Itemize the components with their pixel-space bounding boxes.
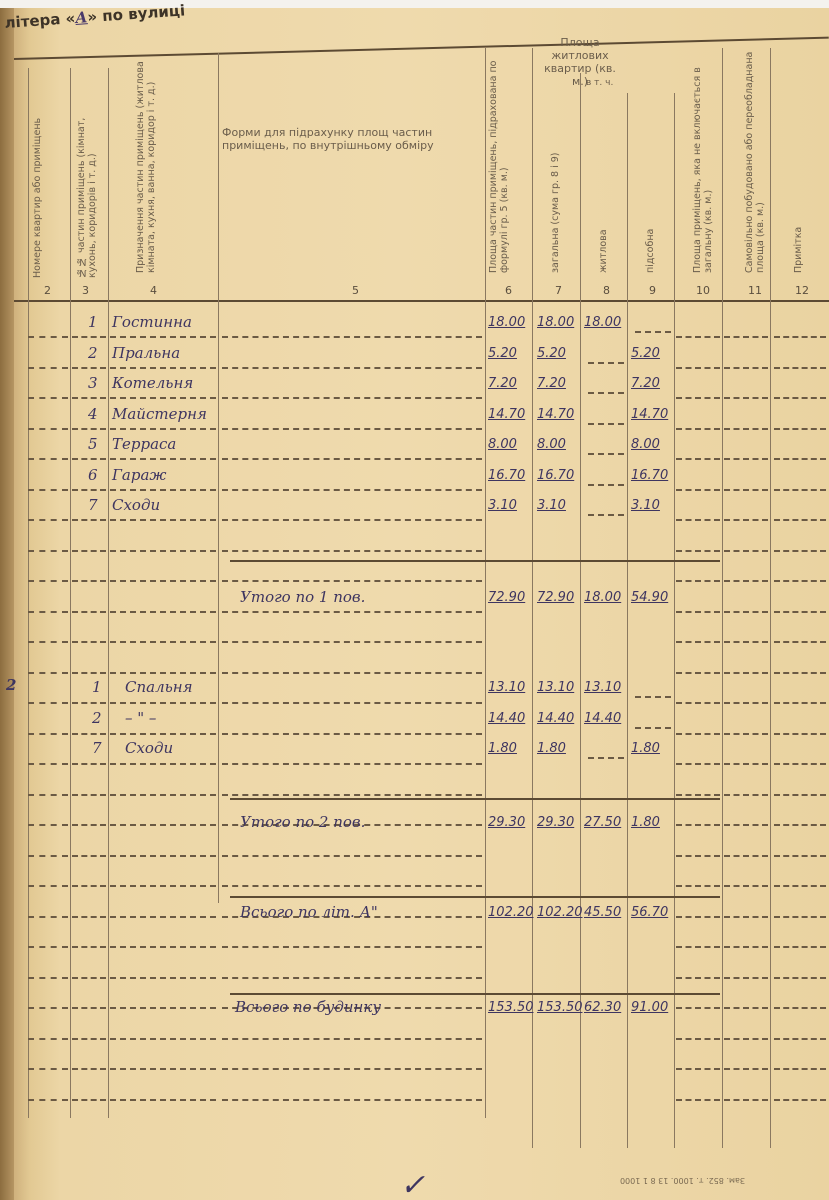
dashed-rule (222, 489, 482, 491)
dashed-rule (222, 672, 482, 674)
dashed-rule (28, 824, 68, 826)
dashed-rule (222, 977, 482, 979)
cell-c7: 14.40 (537, 711, 574, 726)
cell-c6: 8.00 (488, 437, 517, 452)
dashed-rule (724, 733, 768, 735)
dashed-rule (28, 519, 68, 521)
dashed-rule (676, 824, 720, 826)
dashed-rule (72, 885, 106, 887)
dashed-rule (676, 977, 720, 979)
dashed-rule (110, 916, 216, 918)
dashed-rule (635, 696, 671, 698)
dashed-rule (110, 336, 216, 338)
grid-line (28, 68, 29, 1118)
dashed-rule (72, 1068, 106, 1070)
cell-c7: 102.20 (537, 905, 583, 920)
dashed-rule (222, 885, 482, 887)
dashed-rule (110, 1038, 216, 1040)
dashed-rule (28, 794, 68, 796)
dashed-rule (588, 423, 624, 425)
group-header-sub: в т. ч. (586, 78, 613, 89)
dashed-rule (774, 489, 826, 491)
cell-c8: 27.50 (584, 815, 621, 830)
dashed-rule (774, 763, 826, 765)
dashed-rule (774, 1068, 826, 1070)
title-prefix: літера « (4, 9, 76, 32)
dashed-rule (28, 1068, 68, 1070)
dashed-rule (222, 580, 482, 582)
dashed-rule (222, 458, 482, 460)
dashed-rule (28, 702, 68, 704)
room-name: Сходи (112, 496, 160, 514)
grid-line (218, 53, 219, 903)
dashed-rule (222, 336, 482, 338)
dashed-rule (635, 727, 671, 729)
dashed-rule (222, 519, 482, 521)
room-number: 2 (92, 709, 102, 727)
dashed-rule (774, 641, 826, 643)
total-rule (230, 560, 720, 562)
dashed-rule (72, 336, 106, 338)
dashed-rule (28, 672, 68, 674)
dashed-rule (72, 702, 106, 704)
dashed-rule (676, 763, 720, 765)
dashed-rule (110, 824, 216, 826)
dashed-rule (724, 1068, 768, 1070)
cell-c6: 153.50 (488, 1000, 534, 1015)
col-header-9: підсобна (645, 98, 656, 273)
dashed-rule (724, 428, 768, 430)
cell-c6: 14.70 (488, 407, 525, 422)
col-header-10: Площа приміщень, яка не включається в за… (692, 33, 718, 273)
dashed-rule (724, 672, 768, 674)
room-number: 2 (88, 344, 98, 362)
dashed-rule (724, 977, 768, 979)
cell-c9: 1.80 (631, 815, 660, 830)
cell-c6: 102.20 (488, 905, 534, 920)
dashed-rule (774, 794, 826, 796)
room-number: 1 (92, 678, 102, 696)
room-name: Сходи (125, 739, 173, 757)
dashed-rule (28, 1099, 68, 1101)
dashed-rule (222, 397, 482, 399)
dashed-rule (28, 763, 68, 765)
col-header-8: житлова (598, 98, 609, 273)
dashed-rule (28, 397, 68, 399)
cell-c8: 45.50 (584, 905, 621, 920)
cell-c6: 18.00 (488, 315, 525, 330)
dashed-rule (110, 672, 216, 674)
room-name: Гостинна (112, 313, 192, 331)
room-name: Котельня (112, 374, 193, 392)
dashed-rule (110, 428, 216, 430)
dashed-rule (72, 946, 106, 948)
cell-c9: 14.70 (631, 407, 668, 422)
dashed-rule (774, 336, 826, 338)
floor2-total-label: Утого по 2 пов. (240, 813, 365, 831)
cell-c7: 13.10 (537, 680, 574, 695)
grid-line (627, 93, 628, 1148)
room-name: – " – (125, 709, 156, 727)
dashed-rule (222, 550, 482, 552)
room-number: 4 (88, 405, 98, 423)
cell-c6: 29.30 (488, 815, 525, 830)
dashed-rule (676, 611, 720, 613)
cell-c7: 1.80 (537, 741, 566, 756)
cell-c7: 16.70 (537, 468, 574, 483)
dashed-rule (724, 1007, 768, 1009)
dashed-rule (724, 458, 768, 460)
room-name: Терраса (112, 435, 176, 453)
litera-total-label: Всього по літ. А" (240, 903, 378, 921)
dashed-rule (774, 733, 826, 735)
dashed-rule (724, 519, 768, 521)
dashed-rule (774, 367, 826, 369)
dashed-rule (28, 977, 68, 979)
dashed-rule (72, 367, 106, 369)
cell-c7: 3.10 (537, 498, 566, 513)
dashed-rule (724, 763, 768, 765)
dashed-rule (676, 916, 720, 918)
col-num-5: 5 (352, 284, 359, 297)
dashed-rule (676, 946, 720, 948)
dashed-rule (724, 824, 768, 826)
dashed-rule (676, 580, 720, 582)
cell-c6: 5.20 (488, 346, 517, 361)
dashed-rule (72, 977, 106, 979)
cell-c9: 3.10 (631, 498, 660, 513)
dashed-rule (676, 702, 720, 704)
dashed-rule (724, 641, 768, 643)
dashed-rule (724, 580, 768, 582)
col-num-12: 12 (795, 284, 809, 297)
dashed-rule (110, 550, 216, 552)
dashed-rule (222, 428, 482, 430)
dashed-rule (72, 641, 106, 643)
dashed-rule (724, 397, 768, 399)
cell-c7: 7.20 (537, 376, 566, 391)
dashed-rule (724, 550, 768, 552)
dashed-rule (28, 580, 68, 582)
col-num-7: 7 (555, 284, 562, 297)
dashed-rule (222, 855, 482, 857)
cell-c7: 18.00 (537, 315, 574, 330)
dashed-rule (72, 733, 106, 735)
cell-c7: 8.00 (537, 437, 566, 452)
cell-c6: 72.90 (488, 590, 525, 605)
dashed-rule (72, 1038, 106, 1040)
col-num-8: 8 (603, 284, 610, 297)
dashed-rule (774, 885, 826, 887)
dashed-rule (222, 733, 482, 735)
room-name: Гараж (112, 466, 166, 484)
dashed-rule (28, 428, 68, 430)
dashed-rule (110, 641, 216, 643)
dashed-rule (676, 855, 720, 857)
room-number: 5 (88, 435, 98, 453)
dashed-rule (222, 367, 482, 369)
dashed-rule (28, 733, 68, 735)
dashed-rule (28, 336, 68, 338)
cell-c7: 14.70 (537, 407, 574, 422)
dashed-rule (676, 733, 720, 735)
grid-line (580, 73, 581, 1148)
dashed-rule (774, 916, 826, 918)
dashed-rule (588, 757, 624, 759)
room-name: Пральна (112, 344, 180, 362)
col-header-3: №№ частин приміщень (кімнат, кухонь, кор… (76, 78, 100, 278)
dashed-rule (774, 672, 826, 674)
dashed-rule (28, 367, 68, 369)
dashed-rule (110, 489, 216, 491)
dashed-rule (110, 367, 216, 369)
cell-c6: 13.10 (488, 680, 525, 695)
floor1-total-label: Утого по 1 пов. (240, 588, 365, 606)
dashed-rule (774, 519, 826, 521)
dashed-rule (774, 946, 826, 948)
cell-c8: 18.00 (584, 590, 621, 605)
dashed-rule (110, 855, 216, 857)
dashed-rule (222, 794, 482, 796)
col-header-11: Самовільно побудовано або переобладнана … (744, 43, 770, 273)
dashed-rule (724, 367, 768, 369)
col-header-5: Форми для підрахунку площ частин приміще… (222, 126, 482, 152)
dashed-rule (724, 611, 768, 613)
dashed-rule (110, 702, 216, 704)
cell-c6: 7.20 (488, 376, 517, 391)
dashed-rule (222, 641, 482, 643)
dashed-rule (774, 397, 826, 399)
dashed-rule (676, 1038, 720, 1040)
cell-c9: 54.90 (631, 590, 668, 605)
dashed-rule (676, 1099, 720, 1101)
dashed-rule (588, 453, 624, 455)
dashed-rule (110, 946, 216, 948)
floor2-marker: 2 (6, 676, 16, 694)
col-header-6: Площа частин приміщень, підрахована по ф… (488, 48, 524, 273)
dashed-rule (28, 458, 68, 460)
cell-c9: 56.70 (631, 905, 668, 920)
book-spine (0, 8, 14, 1200)
dashed-rule (588, 362, 624, 364)
cell-c9: 7.20 (631, 376, 660, 391)
dashed-rule (110, 763, 216, 765)
dashed-rule (774, 1099, 826, 1101)
room-number: 3 (88, 374, 98, 392)
dashed-rule (28, 1038, 68, 1040)
cell-c7: 5.20 (537, 346, 566, 361)
dashed-rule (72, 580, 106, 582)
dashed-rule (774, 1007, 826, 1009)
cell-c6: 14.40 (488, 711, 525, 726)
dashed-rule (222, 946, 482, 948)
dashed-rule (774, 611, 826, 613)
cell-c6: 3.10 (488, 498, 517, 513)
dashed-rule (724, 794, 768, 796)
dashed-rule (28, 946, 68, 948)
dashed-rule (72, 855, 106, 857)
dashed-rule (676, 885, 720, 887)
dashed-rule (676, 519, 720, 521)
signature: ✓ (400, 1168, 425, 1200)
grid-line (674, 93, 675, 1148)
dashed-rule (222, 1099, 482, 1101)
dashed-rule (28, 855, 68, 857)
dashed-rule (724, 946, 768, 948)
dashed-rule (724, 336, 768, 338)
dashed-rule (774, 428, 826, 430)
dashed-rule (774, 977, 826, 979)
dashed-rule (588, 392, 624, 394)
col-header-7: загальна (сума гр. 8 і 9) (550, 98, 561, 273)
dashed-rule (72, 824, 106, 826)
dashed-rule (72, 1007, 106, 1009)
dashed-rule (28, 611, 68, 613)
room-number: 7 (92, 739, 102, 757)
dashed-rule (774, 580, 826, 582)
dashed-rule (774, 458, 826, 460)
room-number: 6 (88, 466, 98, 484)
cell-c9: 91.00 (631, 1000, 668, 1015)
header-bottom-rule (14, 300, 829, 302)
cell-c8: 13.10 (584, 680, 621, 695)
col-header-12: Примітка (793, 188, 804, 273)
dashed-rule (676, 367, 720, 369)
dashed-rule (774, 824, 826, 826)
col-num-11: 11 (748, 284, 762, 297)
dashed-rule (72, 397, 106, 399)
dashed-rule (222, 611, 482, 613)
grid-line (70, 68, 71, 1118)
document-page: літера «А» по вулиці Номере квартир або … (0, 8, 829, 1200)
dashed-rule (110, 733, 216, 735)
dashed-rule (222, 1068, 482, 1070)
dashed-rule (588, 484, 624, 486)
grid-line (108, 68, 109, 1118)
dashed-rule (28, 489, 68, 491)
grid-line (770, 48, 771, 1148)
dashed-rule (110, 458, 216, 460)
col-header-4: Призначення частин приміщень (житлова кі… (135, 58, 175, 273)
col-num-10: 10 (696, 284, 710, 297)
dashed-rule (72, 763, 106, 765)
dashed-rule (72, 458, 106, 460)
dashed-rule (676, 672, 720, 674)
grid-line (532, 48, 533, 1148)
building-total-label: Всього по будинку (235, 998, 381, 1016)
dashed-rule (72, 672, 106, 674)
dashed-rule (676, 336, 720, 338)
dashed-rule (676, 1007, 720, 1009)
cell-c8: 18.00 (584, 315, 621, 330)
dashed-rule (676, 1068, 720, 1070)
dashed-rule (676, 641, 720, 643)
cell-c6: 1.80 (488, 741, 517, 756)
col-num-2: 2 (44, 284, 51, 297)
dashed-rule (724, 1099, 768, 1101)
room-name: Майстерня (112, 405, 207, 423)
dashed-rule (110, 519, 216, 521)
cell-c7: 153.50 (537, 1000, 583, 1015)
dashed-rule (110, 1007, 216, 1009)
dashed-rule (676, 428, 720, 430)
dashed-rule (110, 1099, 216, 1101)
dashed-rule (222, 702, 482, 704)
dashed-rule (676, 458, 720, 460)
dashed-rule (28, 641, 68, 643)
dashed-rule (110, 885, 216, 887)
dashed-rule (676, 794, 720, 796)
cell-c7: 29.30 (537, 815, 574, 830)
col-header-2: Номере квартир або приміщень (32, 78, 43, 278)
dashed-rule (110, 977, 216, 979)
dashed-rule (774, 855, 826, 857)
dashed-rule (588, 514, 624, 516)
dashed-rule (72, 611, 106, 613)
col-num-3: 3 (82, 284, 89, 297)
total-rule (230, 993, 720, 995)
col-num-6: 6 (505, 284, 512, 297)
dashed-rule (28, 1007, 68, 1009)
dashed-rule (222, 763, 482, 765)
dashed-rule (774, 1038, 826, 1040)
total-rule (230, 798, 720, 800)
dashed-rule (72, 489, 106, 491)
cell-c9: 16.70 (631, 468, 668, 483)
dashed-rule (724, 855, 768, 857)
dashed-rule (28, 916, 68, 918)
dashed-rule (724, 885, 768, 887)
dashed-rule (28, 550, 68, 552)
dashed-rule (774, 702, 826, 704)
col-num-9: 9 (649, 284, 656, 297)
dashed-rule (72, 1099, 106, 1101)
dashed-rule (676, 489, 720, 491)
cell-c9: 1.80 (631, 741, 660, 756)
print-mark: Зам. 852. т. 1000. 13 8 1 1000 (620, 1176, 745, 1185)
cell-c6: 16.70 (488, 468, 525, 483)
grid-line (485, 48, 486, 1118)
dashed-rule (110, 397, 216, 399)
cell-c8: 14.40 (584, 711, 621, 726)
grid-line (722, 48, 723, 1148)
dashed-rule (724, 702, 768, 704)
dashed-rule (724, 916, 768, 918)
dashed-rule (72, 428, 106, 430)
room-name: Спальня (125, 678, 193, 696)
dashed-rule (724, 1038, 768, 1040)
dashed-rule (676, 550, 720, 552)
col-num-4: 4 (150, 284, 157, 297)
dashed-rule (110, 1068, 216, 1070)
room-number: 1 (88, 313, 98, 331)
dashed-rule (72, 550, 106, 552)
dashed-rule (72, 519, 106, 521)
dashed-rule (72, 916, 106, 918)
dashed-rule (72, 794, 106, 796)
dashed-rule (28, 885, 68, 887)
dashed-rule (222, 1038, 482, 1040)
dashed-rule (110, 611, 216, 613)
room-number: 7 (88, 496, 98, 514)
dashed-rule (110, 580, 216, 582)
cell-c8: 62.30 (584, 1000, 621, 1015)
cell-c7: 72.90 (537, 590, 574, 605)
dashed-rule (676, 397, 720, 399)
total-rule (230, 896, 720, 898)
dashed-rule (774, 550, 826, 552)
cell-c9: 8.00 (631, 437, 660, 452)
